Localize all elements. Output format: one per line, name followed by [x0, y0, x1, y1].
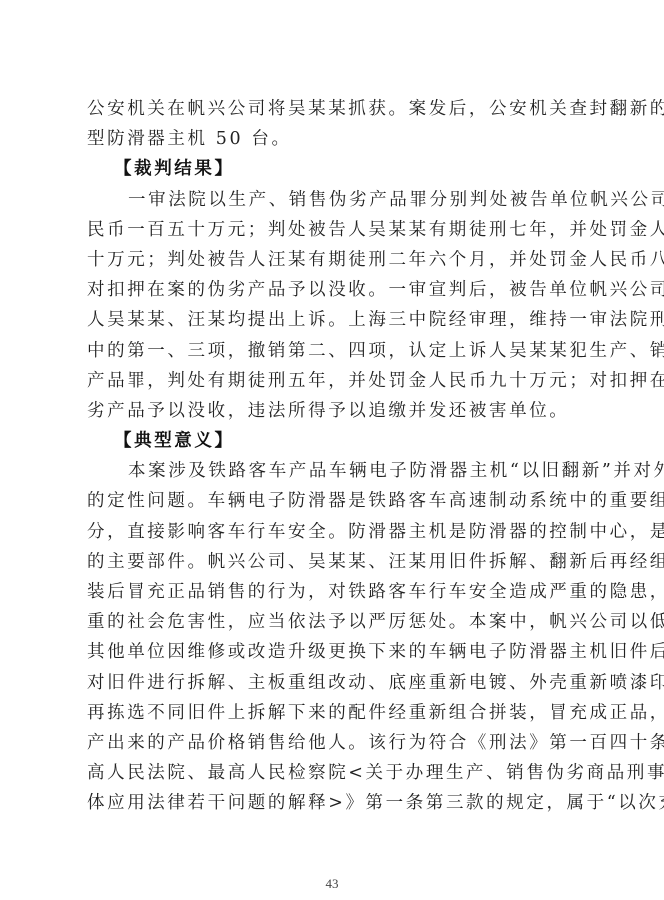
paragraph-line: 产出来的产品价格销售给他人。该行为符合《刑法》第一百四十条及《最	[87, 728, 579, 758]
paragraph-line: 人吴某某、汪某均提出上诉。上海三中院经审理，维持一审法院刑事判决	[87, 305, 579, 335]
paragraph-line: 对扣押在案的伪劣产品予以没收。一审宣判后，被告单位帆兴公司、被告	[87, 275, 579, 305]
document-page: 公安机关在帆兴公司将吴某某抓获。案发后，公安机关查封翻新的 SAB20C 型防滑…	[0, 0, 664, 900]
section-heading-typical-significance: 【典型意义】	[87, 426, 579, 456]
paragraph-line: 其他单位因维修或改造升级更换下来的车辆电子防滑器主机旧件后，经过	[87, 637, 579, 667]
paragraph-line: 一审法院以生产、销售伪劣产品罪分别判处被告单位帆兴公司罚金人	[87, 185, 579, 215]
paragraph-line: 中的第一、三项，撤销第二、四项，认定上诉人吴某某犯生产、销售伪劣	[87, 336, 579, 366]
paragraph-line: 高人民法院、最高人民检察院<关于办理生产、销售伪劣商品刑事案件具	[87, 758, 579, 788]
paragraph-line: 的定性问题。车辆电子防滑器是铁路客车高速制动系统中的重要组成部	[87, 486, 579, 516]
paragraph-line: 民币一百五十万元；判处被告人吴某某有期徒刑七年，并处罚金人民币九	[87, 215, 579, 245]
paragraph-line: 十万元；判处被告人汪某有期徒刑二年六个月，并处罚金人民币八十万元；	[87, 245, 579, 275]
paragraph-line: 体应用法律若干问题的解释>》第一条第三款的规定，属于“以次充好”	[87, 788, 579, 818]
paragraph-line: 的主要部件。帆兴公司、吴某某、汪某用旧件拆解、翻新后再经组合、拼	[87, 547, 579, 577]
section-heading-judgment-result: 【裁判结果】	[87, 154, 579, 184]
document-body: 公安机关在帆兴公司将吴某某抓获。案发后，公安机关查封翻新的 SAB20C 型防滑…	[87, 94, 579, 819]
paragraph-line: 劣产品予以没收，违法所得予以追缴并发还被害单位。	[87, 396, 579, 426]
paragraph-line: 重的社会危害性，应当依法予以严厉惩处。本案中，帆兴公司以低价购得	[87, 607, 579, 637]
page-number: 43	[0, 876, 664, 892]
paragraph-line: 装后冒充正品销售的行为，对铁路客车行车安全造成严重的隐患，具有严	[87, 577, 579, 607]
paragraph-line: 公安机关在帆兴公司将吴某某抓获。案发后，公安机关查封翻新的 SAB20C	[87, 94, 579, 124]
paragraph-line: 产品罪，判处有期徒刑五年，并处罚金人民币九十万元；对扣押在案的伪	[87, 366, 579, 396]
paragraph-line: 分，直接影响客车行车安全。防滑器主机是防滑器的控制中心，是防滑器	[87, 517, 579, 547]
paragraph-line: 再拣选不同旧件上拆解下来的配件经重新组合拼装，冒充成正品，以新生	[87, 698, 579, 728]
paragraph-line: 型防滑器主机 50 台。	[87, 124, 579, 154]
paragraph-line: 本案涉及铁路客车产品车辆电子防滑器主机“以旧翻新”并对外销售	[87, 456, 579, 486]
paragraph-line: 对旧件进行拆解、主板重组改动、底座重新电镀、外壳重新喷漆印字后，	[87, 668, 579, 698]
